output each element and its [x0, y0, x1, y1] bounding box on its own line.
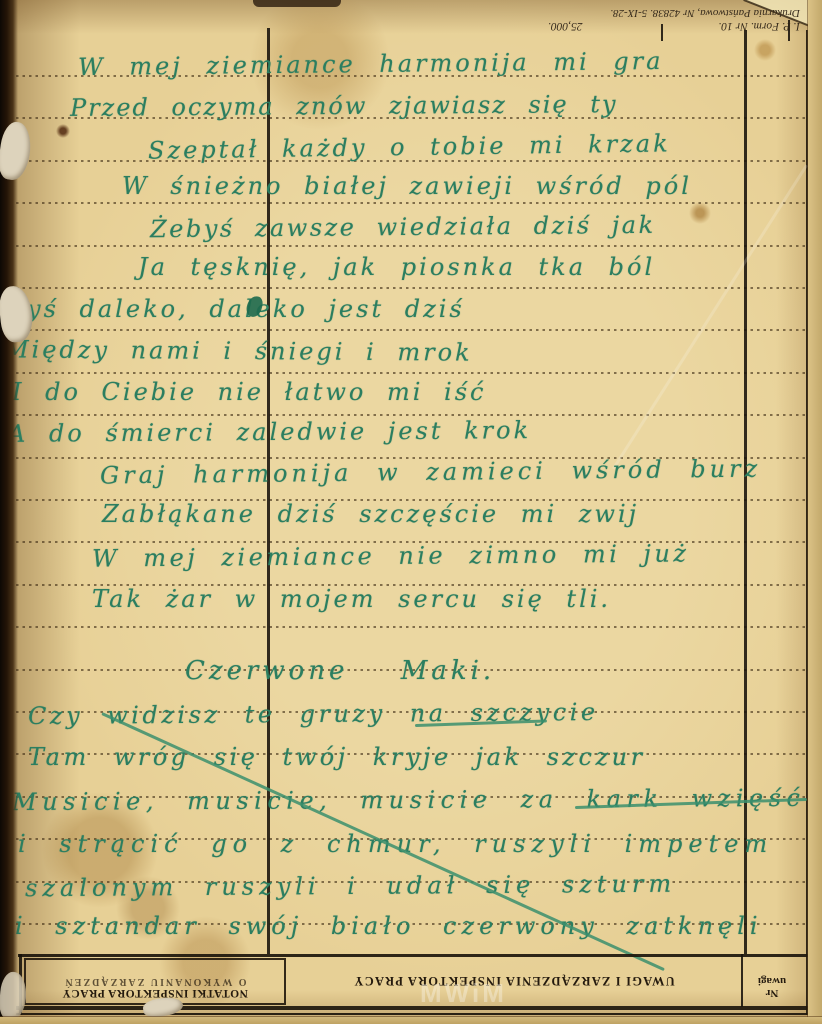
remarks-header-text: UWAGI I ZARZĄDZENIA INSPEKTORA PRACY: [290, 966, 738, 996]
handwriting-line: Ja tęsknię, jak piosnka tka ból: [138, 253, 655, 281]
ruled-line: [16, 372, 806, 374]
handwriting-line: Tak żar w mojem sercu się tli.: [92, 585, 611, 613]
handwriting-line: Między nami i śniegi i mrok: [4, 335, 473, 366]
handwriting-line: Tam wróg się twój kryje jak szczur: [28, 743, 646, 771]
handwriting-line: Tyś daleko, daleko jest dziś: [8, 295, 465, 323]
form-number-row: I. P. Form. Nr 10. 25,000.: [546, 20, 802, 32]
scanned-document-page: I. P. Form. Nr 10. 25,000. Drukarnia Pań…: [0, 0, 822, 1024]
handwriting-line: I do Ciebie nie łatwo mi iść: [12, 378, 486, 406]
form-vertical-rule-right-inner: [744, 30, 747, 954]
remark-number-line2: uwagi: [743, 975, 801, 987]
handwriting-line: Musicie, musicie, musicie za kark wzięść: [12, 784, 806, 816]
handwriting-line: Przed oczyma znów zjawiasz się ty: [70, 90, 618, 122]
form-vertical-rule-left: [267, 28, 270, 954]
binding-tear-top: [0, 120, 34, 182]
page-edge-right: [807, 0, 822, 1024]
handwriting-line: W mej ziemiance nie zimno mi już: [92, 539, 690, 572]
ruled-line: [16, 202, 806, 204]
remark-number-box-text: Nr uwagi: [743, 958, 801, 1004]
handwriting-line: Czy widzisz te gruzy na szczycie: [28, 698, 599, 730]
handwriting-line: A do śmierci zaledwie jest krok: [8, 416, 531, 448]
ruled-line: [16, 245, 806, 247]
handwriting-line: Graj harmonija w zamieci wśród burz: [100, 455, 761, 490]
bottom-border-thin: [16, 1013, 809, 1015]
archive-watermark: MWiM: [420, 978, 507, 1009]
handwriting-line: i sztandar swój biało czerwony zatknęli: [15, 912, 763, 940]
ruled-line: [16, 287, 806, 289]
notes-box-line2: O WYKONANIU ZARZĄDZEŃ: [26, 976, 284, 987]
ruled-line: [16, 414, 806, 416]
handwriting-line: W śnieżno białej zawieji wśród pól: [122, 172, 692, 200]
handwriting-line: Zabłąkane dziś szczęście mi zwij: [102, 500, 639, 528]
top-edge-ink-smudge: [253, 0, 341, 7]
ruled-line: [16, 329, 806, 331]
song-title: Czerwone Maki.: [185, 656, 495, 686]
handwriting-line: Żebyś zawsze wiedziała dziś jak: [150, 211, 656, 243]
handwriting-line: szalonym ruszyli i udał się szturm: [25, 870, 676, 903]
print-run-text: 25,000.: [548, 20, 583, 32]
form-number-text: I. P. Form. Nr 10.: [718, 20, 800, 32]
header-top-border: [18, 954, 808, 957]
ruled-line: [16, 626, 806, 628]
top-print-imprint: I. P. Form. Nr 10. 25,000. Drukarnia Pań…: [546, 0, 802, 32]
remarks-title: UWAGI I ZARZĄDZENIA INSPEKTORA PRACY: [353, 974, 675, 988]
handwriting-line: i strącić go z chmur, ruszyli impetem: [18, 830, 773, 858]
notes-box-text: NOTATKI INSPEKTORA PRACY O WYKONANIU ZAR…: [26, 960, 284, 1002]
remark-number-line1: Nr: [743, 987, 801, 1004]
bottom-border-thick: [16, 1006, 809, 1010]
page-edge-bottom: [0, 1016, 822, 1024]
